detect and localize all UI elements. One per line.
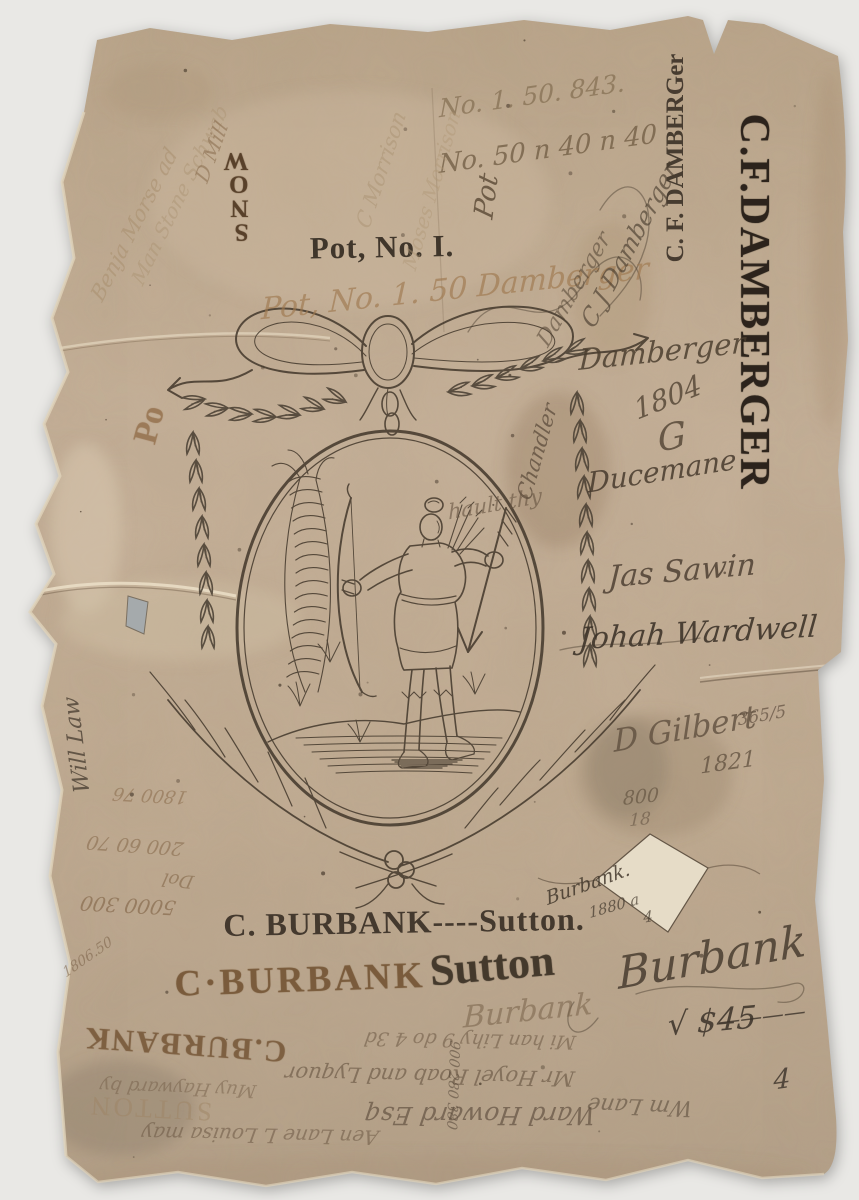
hw-no-1-50-843: No. 1. 50. 843.: [439, 71, 625, 121]
sutton-stamp: Sutton: [428, 940, 556, 993]
hw-4-large: 4: [773, 1066, 790, 1094]
hw-1806-50: 1806.50: [61, 935, 115, 980]
hw-1880: 1880 a: [588, 892, 640, 921]
damberger-stamp-light: C. F. DAMBERGer: [664, 54, 688, 263]
hw-bottom-row-4: Wm Lane: [586, 1093, 695, 1117]
hw-jas-sawin: Jas Sawin: [608, 551, 757, 593]
hw-18: 18: [629, 811, 651, 830]
cburbank-stamp: C·BURBANK: [174, 958, 426, 1002]
hw-hault-thy: hault thy: [448, 487, 542, 524]
scanned-document: SNOWPot, No. I.C. F. DAMBERGerC.F.DAMBER…: [0, 0, 859, 1200]
hw-will-law: Will Law: [62, 697, 95, 794]
hw-scrawl-top-1: C Morrison: [354, 108, 409, 232]
hw-johah-wardwell: Johah Wardwell: [578, 613, 819, 654]
snow-stamp: SNOW: [224, 149, 249, 244]
hw-burbank-large: Burbank: [617, 920, 807, 995]
hw-bottom-row-2: Mr Hoyel Roab and Lyquor: [284, 1063, 576, 1088]
hw-no-50-40-40: No. 50 n 40 n 40: [439, 122, 657, 178]
damberger-stamp-bold: C.F.DAMBERGER: [733, 114, 773, 491]
hw-damberger: Damberger: [578, 329, 745, 374]
hw-4-small: 4: [643, 909, 653, 925]
hw-nums-5000-300: 5000 300: [79, 893, 178, 917]
hw-1821: 1821: [700, 750, 755, 779]
hw-dol: Dol: [161, 870, 196, 890]
hw-pot-vertical: Pot: [472, 171, 502, 222]
cburbank-stamp-upside: C.BURBANK: [83, 1023, 288, 1067]
hw-bottom-row-1: Mi han Lihy 9 do 4 3d: [363, 1029, 577, 1051]
hw-bottom-nums-col: 900 280 380: [444, 1039, 460, 1130]
hw-ducemane: Ducemane: [587, 447, 736, 497]
burbank-sutton-print: C. BURBANK----Sutton.: [223, 904, 585, 941]
hw-nums-200-60-70: 200 60 70: [85, 833, 185, 858]
pot-no1-print: Pot, No. I.: [310, 231, 455, 263]
inscriptions-layer: SNOWPot, No. I.C. F. DAMBERGerC.F.DAMBER…: [0, 0, 859, 1200]
hw-800: 800: [623, 786, 660, 808]
hw-bottom-row-5: Aen Lane L Louisa may: [140, 1123, 380, 1146]
hw-nums-1800: 1800 76: [111, 785, 189, 806]
hw-burbank-bottom: Burbank: [463, 991, 594, 1033]
pot-stamp-faded: Po: [130, 403, 171, 448]
hw-bottom-row-3: Ward Howard Esq: [363, 1103, 597, 1127]
hw-bottom-row-6: Muy Hayward by: [98, 1077, 257, 1099]
